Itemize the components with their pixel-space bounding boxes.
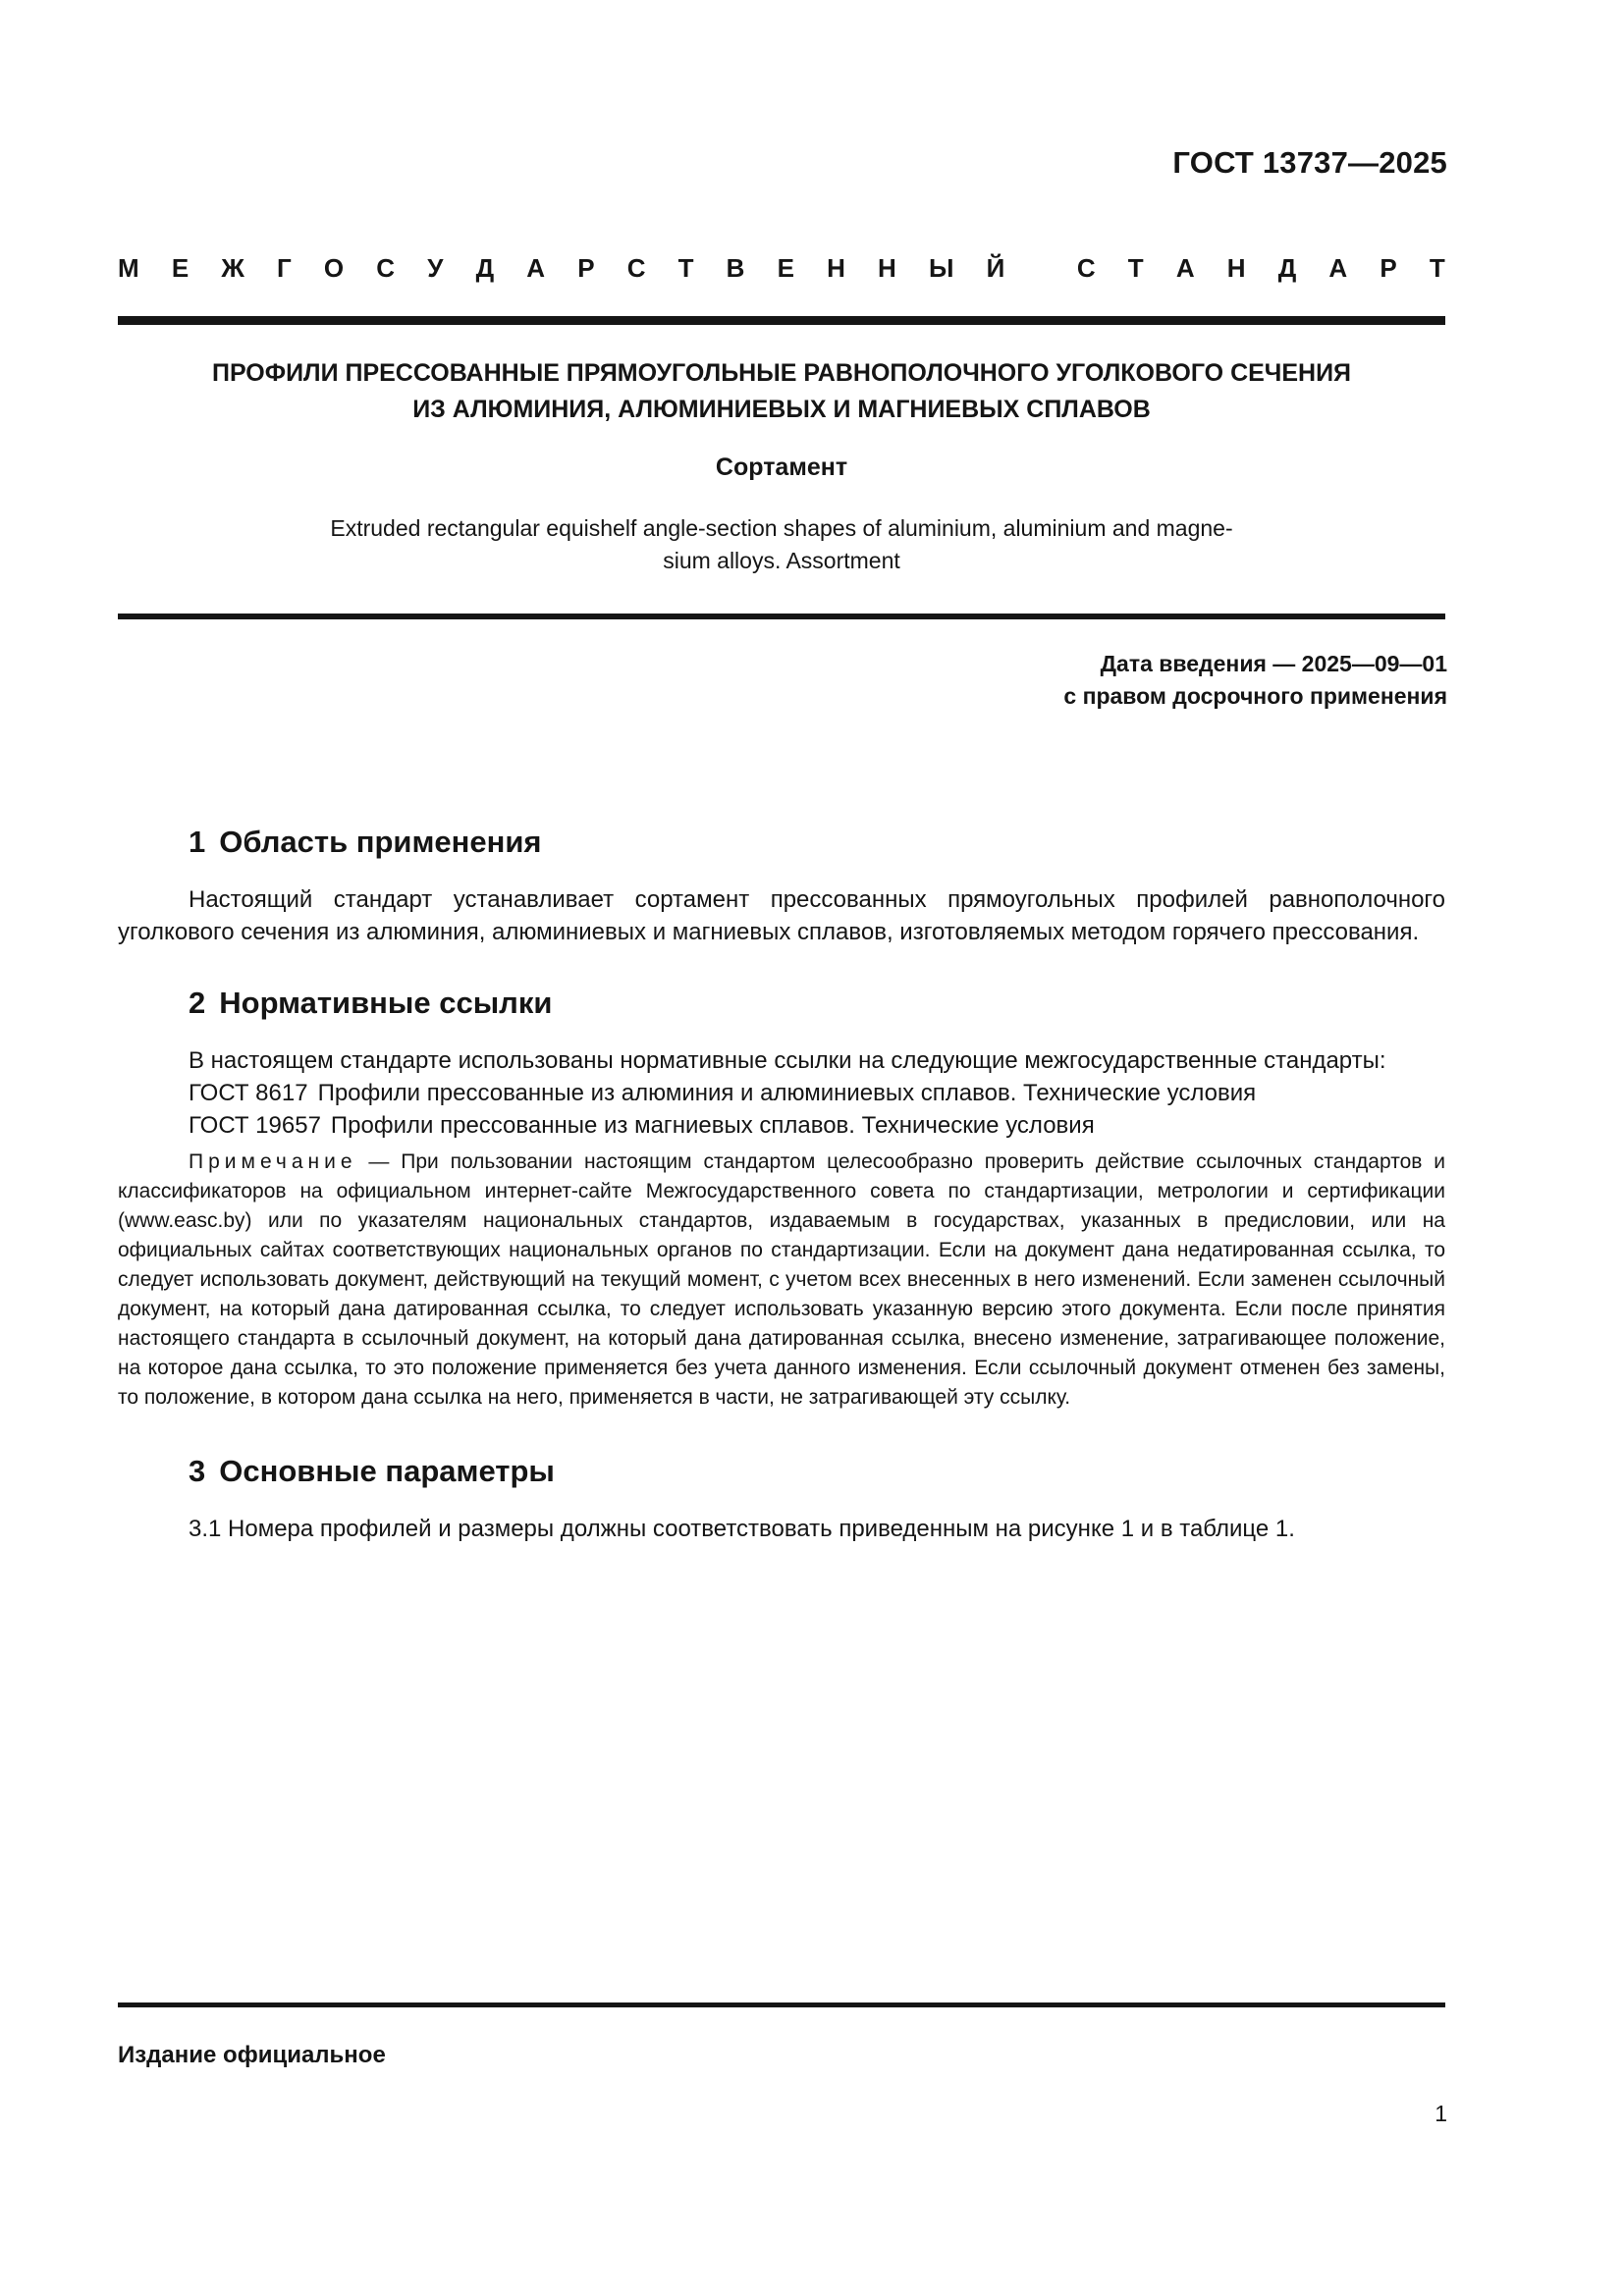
header-rule (118, 316, 1445, 325)
banner-letter: Д (1278, 253, 1297, 284)
banner-letter: Р (1380, 253, 1396, 284)
banner-letter: С (1077, 253, 1096, 284)
standard-type-banner: МЕЖГОСУДАРСТВЕННЫЙ СТАНДАРТ (118, 253, 1445, 284)
section-scope: 1Область применения Настоящий стандарт у… (118, 823, 1445, 948)
banner-letter: С (627, 253, 646, 284)
banner-gap (1037, 253, 1044, 284)
banner-letter: Т (1430, 253, 1445, 284)
english-title-line-2: sium alloys. Assortment (255, 545, 1308, 577)
section-number: 1 (189, 825, 205, 859)
footer-rule (118, 2002, 1445, 2007)
banner-letter: А (1176, 253, 1195, 284)
section-heading: 3Основные параметры (118, 1452, 1445, 1491)
section-heading: 2Нормативные ссылки (118, 984, 1445, 1023)
section-paragraph: В настоящем стандарте использованы норма… (118, 1044, 1445, 1077)
note-label: Примечание (189, 1150, 357, 1173)
english-title: Extruded rectangular equishelf angle-sec… (255, 512, 1308, 577)
section-title: Область применения (219, 825, 541, 859)
reference-title: Профили прессованные из алюминия и алюми… (318, 1080, 1257, 1106)
reference-item: ГОСТ 8617Профили прессованные из алюмини… (118, 1077, 1445, 1109)
banner-letter: Т (678, 253, 694, 284)
banner-letter: Е (778, 253, 794, 284)
reference-title: Профили прессованные из магниевых сплаво… (331, 1112, 1095, 1139)
banner-letter: М (118, 253, 139, 284)
english-title-line-1: Extruded rectangular equishelf angle-sec… (255, 512, 1308, 545)
standard-designation: ГОСТ 13737—2025 (1172, 145, 1447, 181)
document-subtitle: Сортамент (118, 454, 1445, 482)
banner-letter: Н (878, 253, 896, 284)
section-number: 2 (189, 986, 205, 1020)
banner-letter: Ж (221, 253, 244, 284)
banner-letter: Ы (929, 253, 953, 284)
section-paragraph: 3.1 Номера профилей и размеры должны соо… (118, 1513, 1445, 1545)
official-edition-label: Издание официальное (118, 2042, 386, 2069)
section-normative-references: 2Нормативные ссылки В настоящем стандарт… (118, 984, 1445, 1413)
banner-letter: Р (577, 253, 594, 284)
early-application-line: с правом досрочного применения (1063, 680, 1447, 713)
banner-letter: У (427, 253, 443, 284)
banner-letter: Е (172, 253, 189, 284)
banner-letter: Н (1227, 253, 1246, 284)
title-line-2: ИЗ АЛЮМИНИЯ, АЛЮМИНИЕВЫХ И МАГНИЕВЫХ СПЛ… (118, 392, 1445, 428)
page-number: 1 (1435, 2101, 1447, 2127)
title-line-1: ПРОФИЛИ ПРЕССОВАННЫЕ ПРЯМОУГОЛЬНЫЕ РАВНО… (118, 355, 1445, 392)
banner-letter: Н (827, 253, 845, 284)
section-paragraph: Настоящий стандарт устанавливает сортаме… (118, 883, 1445, 948)
banner-letter: А (526, 253, 545, 284)
banner-letter: Т (1128, 253, 1144, 284)
section-heading: 1Область применения (118, 823, 1445, 862)
reference-item: ГОСТ 19657Профили прессованные из магние… (118, 1109, 1445, 1142)
section-title: Нормативные ссылки (219, 986, 552, 1020)
introduction-date-line: Дата введения — 2025—09—01 (1063, 648, 1447, 680)
reference-code: ГОСТ 19657 (189, 1112, 321, 1139)
note-text: — При пользовании настоящим стандартом ц… (118, 1150, 1445, 1409)
section-number: 3 (189, 1454, 205, 1488)
document-body: 1Область применения Настоящий стандарт у… (118, 823, 1445, 1545)
banner-letter: А (1328, 253, 1347, 284)
banner-letter: В (727, 253, 745, 284)
section-basic-parameters: 3Основные параметры 3.1 Номера профилей … (118, 1452, 1445, 1545)
reference-code: ГОСТ 8617 (189, 1080, 308, 1106)
banner-letter: Д (476, 253, 495, 284)
banner-letter: О (324, 253, 344, 284)
section-title: Основные параметры (219, 1454, 555, 1488)
banner-letter: С (376, 253, 395, 284)
introduction-date: Дата введения — 2025—09—01 с правом доср… (1063, 648, 1447, 713)
title-rule (118, 614, 1445, 619)
banner-letter: Г (277, 253, 292, 284)
banner-letter: Й (987, 253, 1005, 284)
note: Примечание — При пользовании настоящим с… (118, 1148, 1445, 1413)
document-title: ПРОФИЛИ ПРЕССОВАННЫЕ ПРЯМОУГОЛЬНЫЕ РАВНО… (118, 355, 1445, 428)
